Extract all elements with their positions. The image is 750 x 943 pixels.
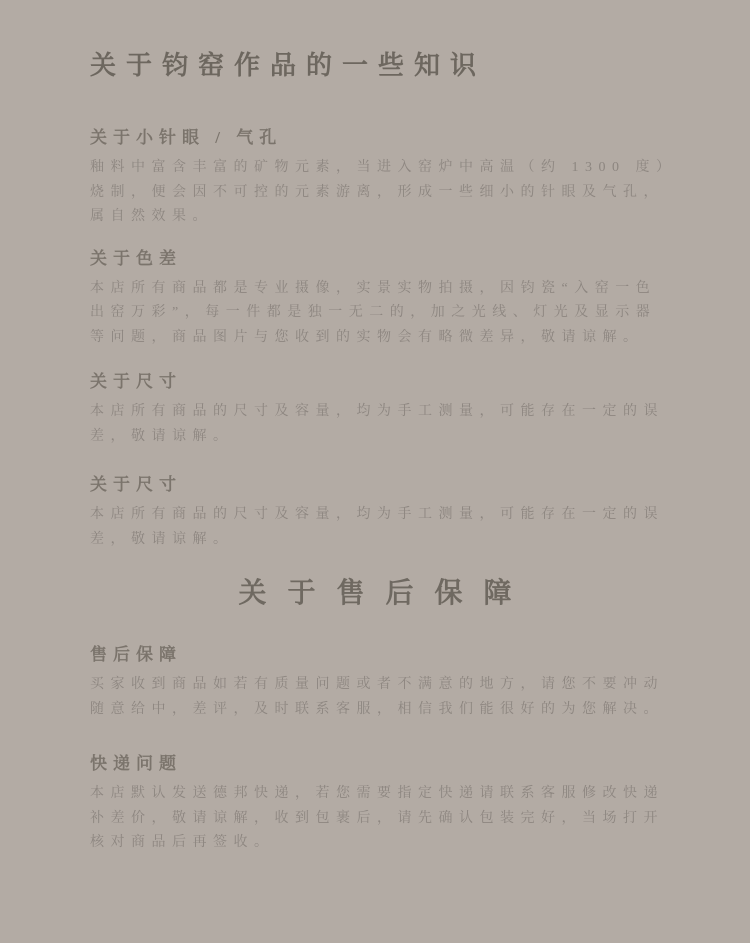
body-line: 本店所有商品都是专业摄像，实景实物拍摄，因钧瓷“入窑一色 xyxy=(90,277,750,302)
body-line: 随意给中，差评，及时联系客服，相信我们能很好的为您解决。 xyxy=(90,698,750,723)
body-line: 本店默认发送德邦快递，若您需要指定快递请联系客服修改快递 xyxy=(90,782,750,807)
body-line: 本店所有商品的尺寸及容量，均为手工测量，可能存在一定的误 xyxy=(90,503,750,528)
body-line: 差，敬请谅解。 xyxy=(90,425,750,450)
section-color-difference-heading: 关于色差 xyxy=(90,249,750,269)
content-column: 关于钧窑作品的一些知识 关于小针眼 / 气孔 釉料中富含丰富的矿物元素，当进入窑… xyxy=(0,0,750,856)
section-aftersales-guarantee-heading: 售后保障 xyxy=(90,645,750,665)
section-pinholes-heading: 关于小针眼 / 气孔 xyxy=(90,128,750,148)
body-line: 烧制，便会因不可控的元素游离，形成一些细小的针眼及气孔， xyxy=(90,181,750,206)
page-title: 关于钧窑作品的一些知识 xyxy=(90,50,750,82)
section-color-difference-body: 本店所有商品都是专业摄像，实景实物拍摄，因钧瓷“入窑一色 出窑万彩”，每一件都是… xyxy=(90,277,750,351)
section-shipping-body: 本店默认发送德邦快递，若您需要指定快递请联系客服修改快递 补差价，敬请谅解，收到… xyxy=(90,782,750,856)
product-description-page: 关于钧窑作品的一些知识 关于小针眼 / 气孔 釉料中富含丰富的矿物元素，当进入窑… xyxy=(0,0,750,943)
section-size-2-body: 本店所有商品的尺寸及容量，均为手工测量，可能存在一定的误 差，敬请谅解。 xyxy=(90,503,750,552)
body-line: 差，敬请谅解。 xyxy=(90,528,750,553)
section-size: 关于尺寸 本店所有商品的尺寸及容量，均为手工测量，可能存在一定的误 差，敬请谅解… xyxy=(90,372,750,449)
section-aftersales-guarantee-body: 买家收到商品如若有质量问题或者不满意的地方，请您不要冲动 随意给中，差评，及时联… xyxy=(90,673,750,722)
body-line: 出窑万彩”，每一件都是独一无二的，加之光线、灯光及显示器 xyxy=(90,301,750,326)
section-pinholes-body: 釉料中富含丰富的矿物元素，当进入窑炉中高温（约 1300 度） 烧制，便会因不可… xyxy=(90,156,750,230)
section-size-2: 关于尺寸 本店所有商品的尺寸及容量，均为手工测量，可能存在一定的误 差，敬请谅解… xyxy=(90,475,750,552)
section-shipping: 快递问题 本店默认发送德邦快递，若您需要指定快递请联系客服修改快递 补差价，敬请… xyxy=(90,754,750,856)
body-line: 属自然效果。 xyxy=(90,205,750,230)
body-line: 釉料中富含丰富的矿物元素，当进入窑炉中高温（约 1300 度） xyxy=(90,156,750,181)
body-line: 补差价，敬请谅解，收到包裹后，请先确认包装完好，当场打开 xyxy=(90,807,750,832)
body-line: 本店所有商品的尺寸及容量，均为手工测量，可能存在一定的误 xyxy=(90,400,750,425)
section-pinholes: 关于小针眼 / 气孔 釉料中富含丰富的矿物元素，当进入窑炉中高温（约 1300 … xyxy=(90,128,750,230)
section-shipping-heading: 快递问题 xyxy=(90,754,750,774)
aftersales-title: 关于售后保障 xyxy=(0,577,750,611)
body-line: 核对商品后再签收。 xyxy=(90,831,750,856)
section-color-difference: 关于色差 本店所有商品都是专业摄像，实景实物拍摄，因钧瓷“入窑一色 出窑万彩”，… xyxy=(90,249,750,351)
body-line: 买家收到商品如若有质量问题或者不满意的地方，请您不要冲动 xyxy=(90,673,750,698)
section-size-body: 本店所有商品的尺寸及容量，均为手工测量，可能存在一定的误 差，敬请谅解。 xyxy=(90,400,750,449)
section-aftersales-guarantee: 售后保障 买家收到商品如若有质量问题或者不满意的地方，请您不要冲动 随意给中，差… xyxy=(90,645,750,722)
body-line: 等问题，商品图片与您收到的实物会有略微差异，敬请谅解。 xyxy=(90,326,750,351)
section-size-2-heading: 关于尺寸 xyxy=(90,475,750,495)
section-size-heading: 关于尺寸 xyxy=(90,372,750,392)
